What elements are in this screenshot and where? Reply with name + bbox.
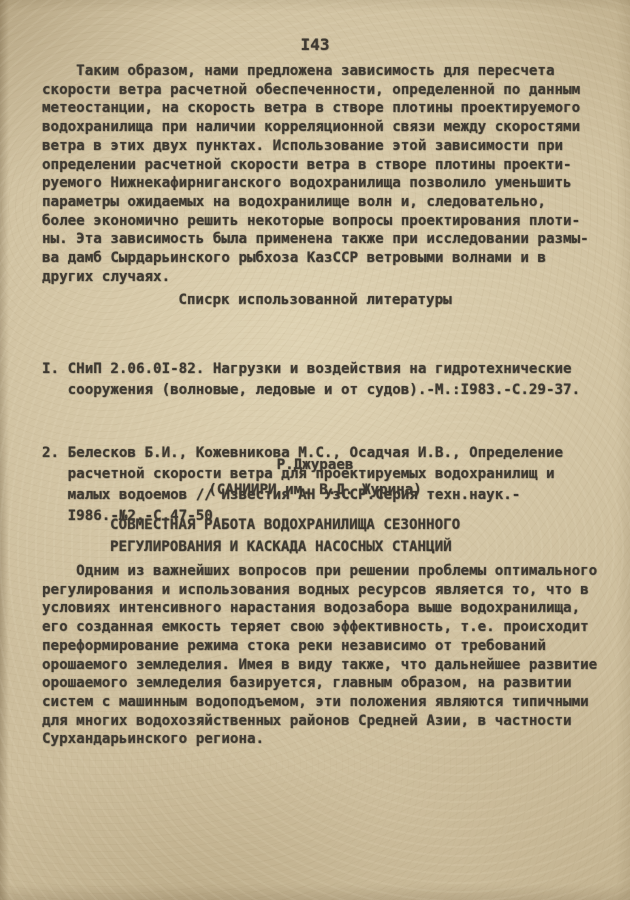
article-author: Р.Джураев xyxy=(0,456,630,475)
article-affiliation: (САНИИРИ им. В.Д. Журина) xyxy=(0,481,630,500)
literature-heading: Списрк использованной литературы xyxy=(0,291,630,310)
literature-item-1: I. СНиП 2.06.0I-82. Нагрузки и воздейств… xyxy=(42,359,612,401)
article-body-paragraph: Одним из важнейших вопросов при решении … xyxy=(42,562,612,749)
article-title: СОВМЕСТНАЯ РАБОТА ВОДОХРАНИЛИЩА СЕЗОННОГ… xyxy=(110,514,460,558)
intro-paragraph: Таким образом, нами предложена зависимос… xyxy=(42,62,612,286)
scanned-document-page: I43 Таким образом, нами предложена завис… xyxy=(0,0,630,900)
page-number: I43 xyxy=(0,36,630,55)
